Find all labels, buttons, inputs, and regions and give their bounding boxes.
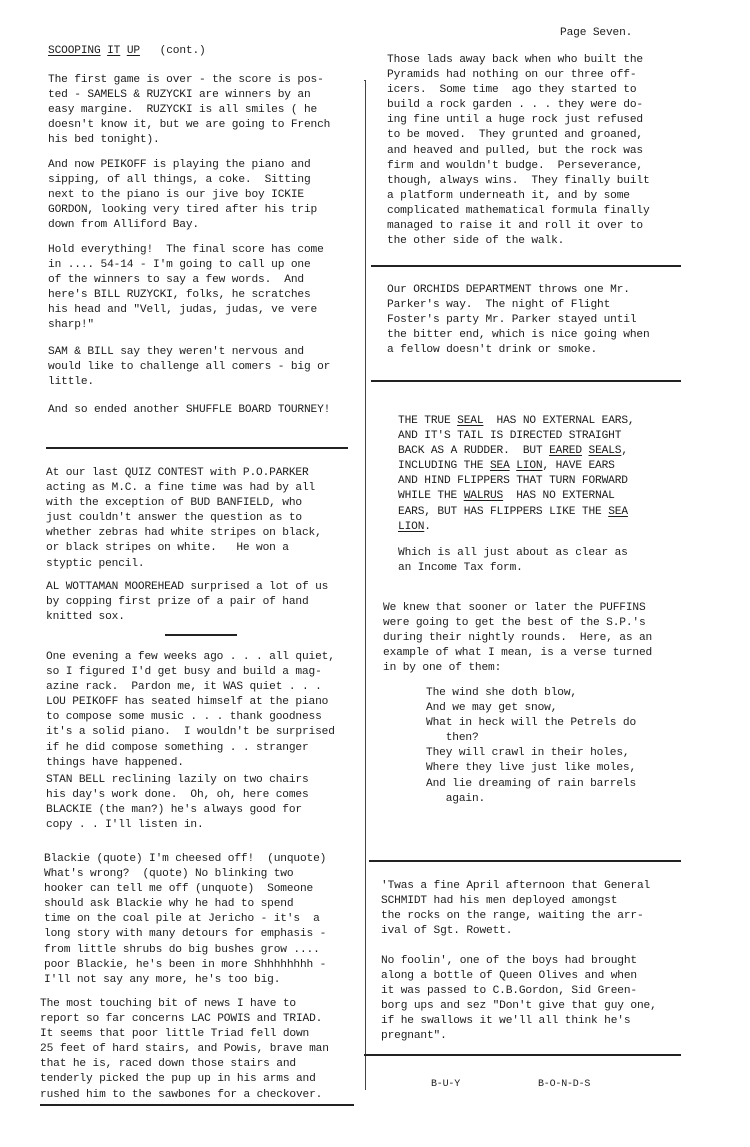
text-line: report so far concerns LAC POWIS and TRI… (40, 1012, 329, 1027)
divider-left-short (165, 634, 237, 636)
text-line: or black stripes on white. He won a (46, 541, 322, 556)
text-line: easy margine. RUZYCKI is all smiles ( he (48, 103, 330, 118)
text-line: The most touching bit of news I have to (40, 997, 329, 1012)
text-line: And we may get snow, (426, 701, 636, 716)
text-line: LION. (398, 520, 634, 535)
paragraph-seal-facts: THE TRUE SEAL HAS NO EXTERNAL EARS,AND I… (398, 414, 634, 535)
text-line: INCLUDING THE SEA LION, HAVE EARS (398, 459, 634, 474)
text-line: We knew that sooner or later the PUFFINS (383, 601, 652, 616)
text-line: AL WOTTAMAN MOOREHEAD surprised a lot of… (46, 580, 328, 595)
text-line: 25 feet of hard stairs, and Powis, brave… (40, 1042, 329, 1057)
text-line: so I figured I'd get busy and build a ma… (46, 665, 335, 680)
text-line: again. (426, 792, 636, 807)
text-line: borg ups and sez "Don't give that guy on… (381, 999, 657, 1014)
text-line: No foolin', one of the boys had brought (381, 954, 657, 969)
text-line: managed to raise it and roll it over to (387, 219, 650, 234)
text-line: just couldn't answer the question as to (46, 511, 322, 526)
text-line: the bitter end, which is nice going when (387, 328, 650, 343)
text-line: LOU PEIKOFF has seated himself at the pi… (46, 695, 335, 710)
text-line: it's a solid piano. I wouldn't be surpri… (46, 725, 335, 740)
text-line: in .... 54-14 - I'm going to call up one (48, 258, 324, 273)
text-line: What's wrong? (quote) No blinking two (44, 867, 326, 882)
text-line: a platform underneath it, and by some (387, 189, 650, 204)
text-line: next to the piano is our jive boy ICKIE (48, 188, 317, 203)
paragraph-final-score: Hold everything! The final score has com… (48, 243, 324, 334)
text-line: The first game is over - the score is po… (48, 73, 330, 88)
text-line: the other side of the walk. (387, 234, 650, 249)
paragraph-moorehead: AL WOTTAMAN MOOREHEAD surprised a lot of… (46, 580, 328, 625)
text-line: Where they live just like moles, (426, 761, 636, 776)
divider-right-bottom (364, 1054, 681, 1056)
text-line: ing fine until a huge rock just refused (387, 113, 650, 128)
section-title-word-2: IT (107, 45, 120, 57)
footer-buy: B-U-Y (431, 1079, 460, 1090)
text-line: a fellow doesn't drink or smoke. (387, 343, 650, 358)
paragraph-sam-bill: SAM & BILL say they weren't nervous andw… (48, 345, 330, 390)
footer-bonds: B-O-N-D-S (538, 1079, 590, 1090)
text-line: time on the coal pile at Jericho - it's … (44, 912, 326, 927)
text-line: from little shrubs do big bushes grow ..… (44, 943, 326, 958)
text-line: Blackie (quote) I'm cheesed off! (unquot… (44, 852, 326, 867)
text-line: They will crawl in their holes, (426, 746, 636, 761)
paragraph-peikoff-piano: And now PEIKOFF is playing the piano and… (48, 158, 317, 233)
paragraph-magazine-rack: One evening a few weeks ago . . . all qu… (46, 650, 335, 771)
text-line: SAM & BILL say they weren't nervous and (48, 345, 330, 360)
text-line: Foster's party Mr. Parker stayed until (387, 313, 650, 328)
text-line: and heaved and pulled, but the rock was (387, 144, 650, 159)
divider-right-1 (371, 265, 681, 267)
text-line: little. (48, 375, 330, 390)
text-line: icers. Some time ago they started to (387, 83, 650, 98)
paragraph-quiz-contest: At our last QUIZ CONTEST with P.O.PARKER… (46, 466, 322, 572)
text-line: WHILE THE WALRUS HAS NO EXTERNAL (398, 489, 634, 504)
text-line: THE TRUE SEAL HAS NO EXTERNAL EARS, (398, 414, 634, 429)
text-line: It seems that poor little Triad fell dow… (40, 1027, 329, 1042)
text-line: hooker can tell me off (unquote) Someone (44, 882, 326, 897)
text-line: things have happened. (46, 756, 335, 771)
text-line: Parker's way. The night of Flight (387, 298, 650, 313)
text-line: BLACKIE (the man?) he's always good for (46, 803, 309, 818)
text-line: Hold everything! The final score has com… (48, 243, 324, 258)
divider-left-1 (46, 447, 348, 449)
paragraph-verse: The wind she doth blow,And we may get sn… (426, 686, 636, 807)
divider-left-bottom (40, 1104, 354, 1106)
paragraph-olives: No foolin', one of the boys had broughta… (381, 954, 657, 1045)
text-line: example of what I mean, is a verse turne… (383, 646, 652, 661)
text-line: 'Twas a fine April afternoon that Genera… (381, 879, 650, 894)
text-line: down from Alliford Bay. (48, 218, 317, 233)
text-line: STAN BELL reclining lazily on two chairs (46, 773, 309, 788)
text-line: And now PEIKOFF is playing the piano and (48, 158, 317, 173)
newsletter-page: Page Seven. SCOOPING IT UP (cont.) The f… (0, 0, 750, 1147)
column-divider-cap (364, 80, 365, 81)
text-line: The wind she doth blow, (426, 686, 636, 701)
section-title: SCOOPING IT UP (cont.) (48, 44, 206, 59)
text-line: if he swallows it we'll all think he's (381, 1014, 657, 1029)
paragraph-tourney-end: And so ended another SHUFFLE BOARD TOURN… (48, 403, 330, 418)
text-line: pregnant". (381, 1029, 657, 1044)
text-line: it was passed to C.B.Gordon, Sid Green- (381, 984, 657, 999)
paragraph-income-tax: Which is all just about as clear asan In… (398, 546, 628, 576)
text-line: his head and "Vell, judas, judas, ve ver… (48, 303, 324, 318)
text-line: long story with many detours for emphasi… (44, 927, 326, 942)
text-line: complicated mathematical formula finally (387, 204, 650, 219)
text-line: Our ORCHIDS DEPARTMENT throws one Mr. (387, 283, 650, 298)
text-line: tenderly picked the pup up in his arms a… (40, 1072, 329, 1087)
text-line: BACK AS A RUDDER. BUT EARED SEALS, (398, 444, 634, 459)
paragraph-powis-triad: The most touching bit of news I have tor… (40, 997, 329, 1103)
text-line: knitted sox. (46, 610, 328, 625)
text-line: Which is all just about as clear as (398, 546, 628, 561)
text-line: during their nightly rounds. Here, as an (383, 631, 652, 646)
text-line: of the winners to say a few words. And (48, 273, 324, 288)
text-line: ival of Sgt. Rowett. (381, 924, 650, 939)
text-line: if he did compose something . . stranger (46, 741, 335, 756)
text-line: his day's work done. Oh, oh, here comes (46, 788, 309, 803)
text-line: his bed tonight). (48, 133, 330, 148)
text-line: would like to challenge all comers - big… (48, 360, 330, 375)
text-line: doesn't know it, but we are going to Fre… (48, 118, 330, 133)
text-line: whether zebras had white stripes on blac… (46, 526, 322, 541)
text-line: EARS, BUT HAS FLIPPERS LIKE THE SEA (398, 505, 634, 520)
text-line: And so ended another SHUFFLE BOARD TOURN… (48, 403, 330, 418)
section-title-word-3: UP (127, 45, 140, 57)
paragraph-orchids: Our ORCHIDS DEPARTMENT throws one Mr.Par… (387, 283, 650, 358)
text-line: And lie dreaming of rain barrels (426, 777, 636, 792)
text-line: What in heck will the Petrels do (426, 716, 636, 731)
text-line: SCHMIDT had his men deployed amongst (381, 894, 650, 909)
text-line: Pyramids had nothing on our three off- (387, 68, 650, 83)
text-line: firm and wouldn't budge. Perseverance, (387, 159, 650, 174)
text-line: AND HIND FLIPPERS THAT TURN FORWARD (398, 474, 634, 489)
text-line: an Income Tax form. (398, 561, 628, 576)
page-number: Page Seven. (560, 26, 632, 41)
section-title-suffix: (cont.) (160, 45, 206, 57)
text-line: One evening a few weeks ago . . . all qu… (46, 650, 335, 665)
text-line: azine rack. Pardon me, it WAS quiet . . … (46, 680, 335, 695)
text-line: copy . . I'll listen in. (46, 818, 309, 833)
paragraph-first-game: The first game is over - the score is po… (48, 73, 330, 148)
text-line: with the exception of BUD BANFIELD, who (46, 496, 322, 511)
text-line: Those lads away back when who built the (387, 53, 650, 68)
text-line: then? (426, 731, 636, 746)
text-line: acting as M.C. a fine time was had by al… (46, 481, 322, 496)
text-line: should ask Blackie why he had to spend (44, 897, 326, 912)
text-line: sharp!" (48, 318, 324, 333)
text-line: AND IT'S TAIL IS DIRECTED STRAIGHT (398, 429, 634, 444)
column-divider (365, 80, 366, 1090)
text-line: were going to get the best of the S.P.'s (383, 616, 652, 631)
text-line: styptic pencil. (46, 557, 322, 572)
text-line: that he is, raced down those stairs and (40, 1057, 329, 1072)
text-line: by copping first prize of a pair of hand (46, 595, 328, 610)
text-line: rushed him to the sawbones for a checkov… (40, 1088, 329, 1103)
text-line: to compose some music . . . thank goodne… (46, 710, 335, 725)
text-line: poor Blackie, he's been in more Shhhhhhh… (44, 958, 326, 973)
text-line: GORDON, looking very tired after his tri… (48, 203, 317, 218)
paragraph-blackie: Blackie (quote) I'm cheesed off! (unquot… (44, 852, 326, 988)
text-line: along a bottle of Queen Olives and when (381, 969, 657, 984)
text-line: sipping, of all things, a coke. Sitting (48, 173, 317, 188)
text-line: here's BILL RUZYCKI, folks, he scratches (48, 288, 324, 303)
text-line: the rocks on the range, waiting the arr- (381, 909, 650, 924)
paragraph-rock-garden: Those lads away back when who built theP… (387, 53, 650, 249)
text-line: to be moved. They grunted and groaned, (387, 128, 650, 143)
paragraph-schmidt: 'Twas a fine April afternoon that Genera… (381, 879, 650, 939)
divider-right-3 (369, 860, 681, 862)
text-line: though, always wins. They finally built (387, 174, 650, 189)
paragraph-puffins: We knew that sooner or later the PUFFINS… (383, 601, 652, 676)
text-line: I'll not say any more, he's too big. (44, 973, 326, 988)
text-line: in by one of them: (383, 661, 652, 676)
text-line: build a rock garden . . . they were do- (387, 98, 650, 113)
paragraph-stan-bell: STAN BELL reclining lazily on two chairs… (46, 773, 309, 833)
section-title-word-1: SCOOPING (48, 45, 101, 57)
text-line: At our last QUIZ CONTEST with P.O.PARKER (46, 466, 322, 481)
text-line: ted - SAMELS & RUZYCKI are winners by an (48, 88, 330, 103)
divider-right-2 (371, 380, 681, 382)
